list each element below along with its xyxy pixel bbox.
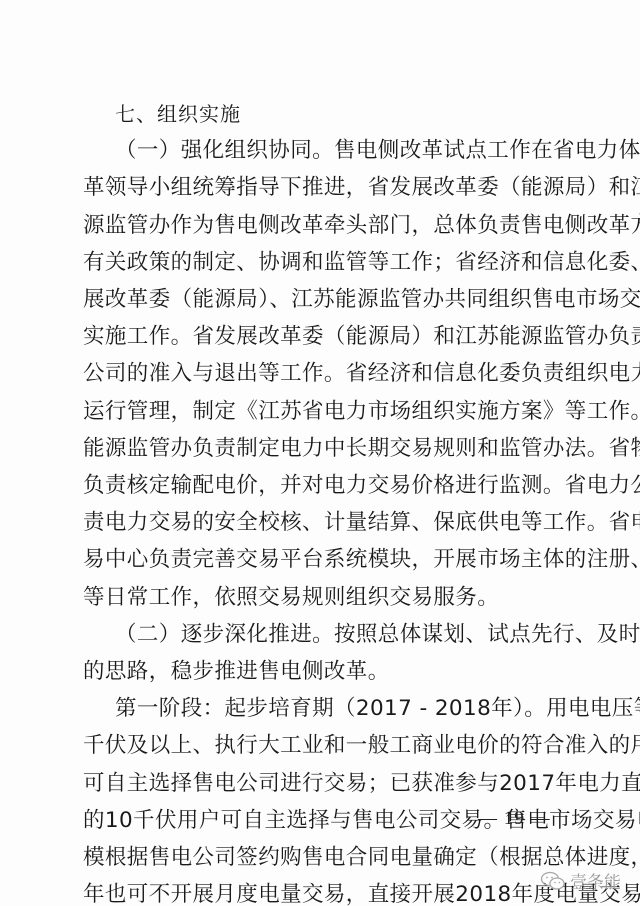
paragraph-line: 能源监管办负责制定电力中长期交易规则和监管办法。省物价局 — [83, 435, 557, 463]
page-number: — 19 — — [478, 808, 551, 830]
paragraph-line: 展改革委（能源局）、江苏能源监管办共同组织售电市场交易的 — [83, 286, 557, 314]
paragraph-line: 源监管办作为售电侧改革牵头部门，总体负责售电侧改革方案及 — [83, 212, 557, 240]
paragraph-line: 等日常工作，依照交易规则组织交易服务。 — [83, 584, 557, 612]
paragraph-line: 运行管理，制定《江苏省电力市场组织实施方案》等工作。江苏 — [83, 398, 557, 426]
paragraph-line: 实施工作。省发展改革委（能源局）和江苏能源监管办负责售电 — [83, 323, 557, 351]
paragraph-line: 革领导小组统筹指导下推进，省发展改革委（能源局）和江苏能 — [83, 174, 557, 202]
paragraph-line: 年也可不开展月度电量交易，直接开展2018年度电量交易）。此 — [83, 881, 557, 906]
document-page: 七、组织实施 （一）强化组织协同。售电侧改革试点工作在省电力体制改 革领导小组统… — [0, 0, 640, 906]
paragraph-line: 易中心负责完善交易平台系统模块，开展市场主体的注册、培训 — [83, 546, 557, 574]
section-heading: 七、组织实施 — [115, 100, 241, 128]
watermark: 壹条能 — [540, 868, 621, 893]
paragraph-line: 责电力交易的安全校核、计量结算、保底供电等工作。省电力交 — [83, 509, 557, 537]
wechat-icon — [540, 871, 566, 891]
paragraph-line: 模根据售电公司签约购售电合同电量确定（根据总体进度，2017 — [83, 844, 557, 872]
watermark-label: 壹条能 — [570, 868, 621, 893]
paragraph-line: 公司的准入与退出等工作。省经济和信息化委负责组织电力市场 — [83, 360, 557, 388]
paragraph-line: 可自主选择售电公司进行交易；已获准参与2017年电力直接交易 — [83, 770, 557, 798]
paragraph-line: 的思路，稳步推进售电侧改革。 — [83, 658, 557, 686]
paragraph-line: 负责核定输配电价，并对电力交易价格进行监测。省电力公司负 — [83, 472, 557, 500]
paragraph-line: 千伏及以上、执行大工业和一般工商业电价的符合准入的用户， — [83, 732, 557, 760]
paragraph-line: 第一阶段：起步培育期（2017 - 2018年）。用电电压等级20 — [115, 695, 557, 723]
paragraph-line: （二）逐步深化推进。按照总体谋划、试点先行、及时推广 — [115, 621, 557, 649]
paragraph-line: （一）强化组织协同。售电侧改革试点工作在省电力体制改 — [115, 137, 557, 165]
paragraph-line: 有关政策的制定、协调和监管等工作；省经济和信息化委、省发 — [83, 249, 557, 277]
